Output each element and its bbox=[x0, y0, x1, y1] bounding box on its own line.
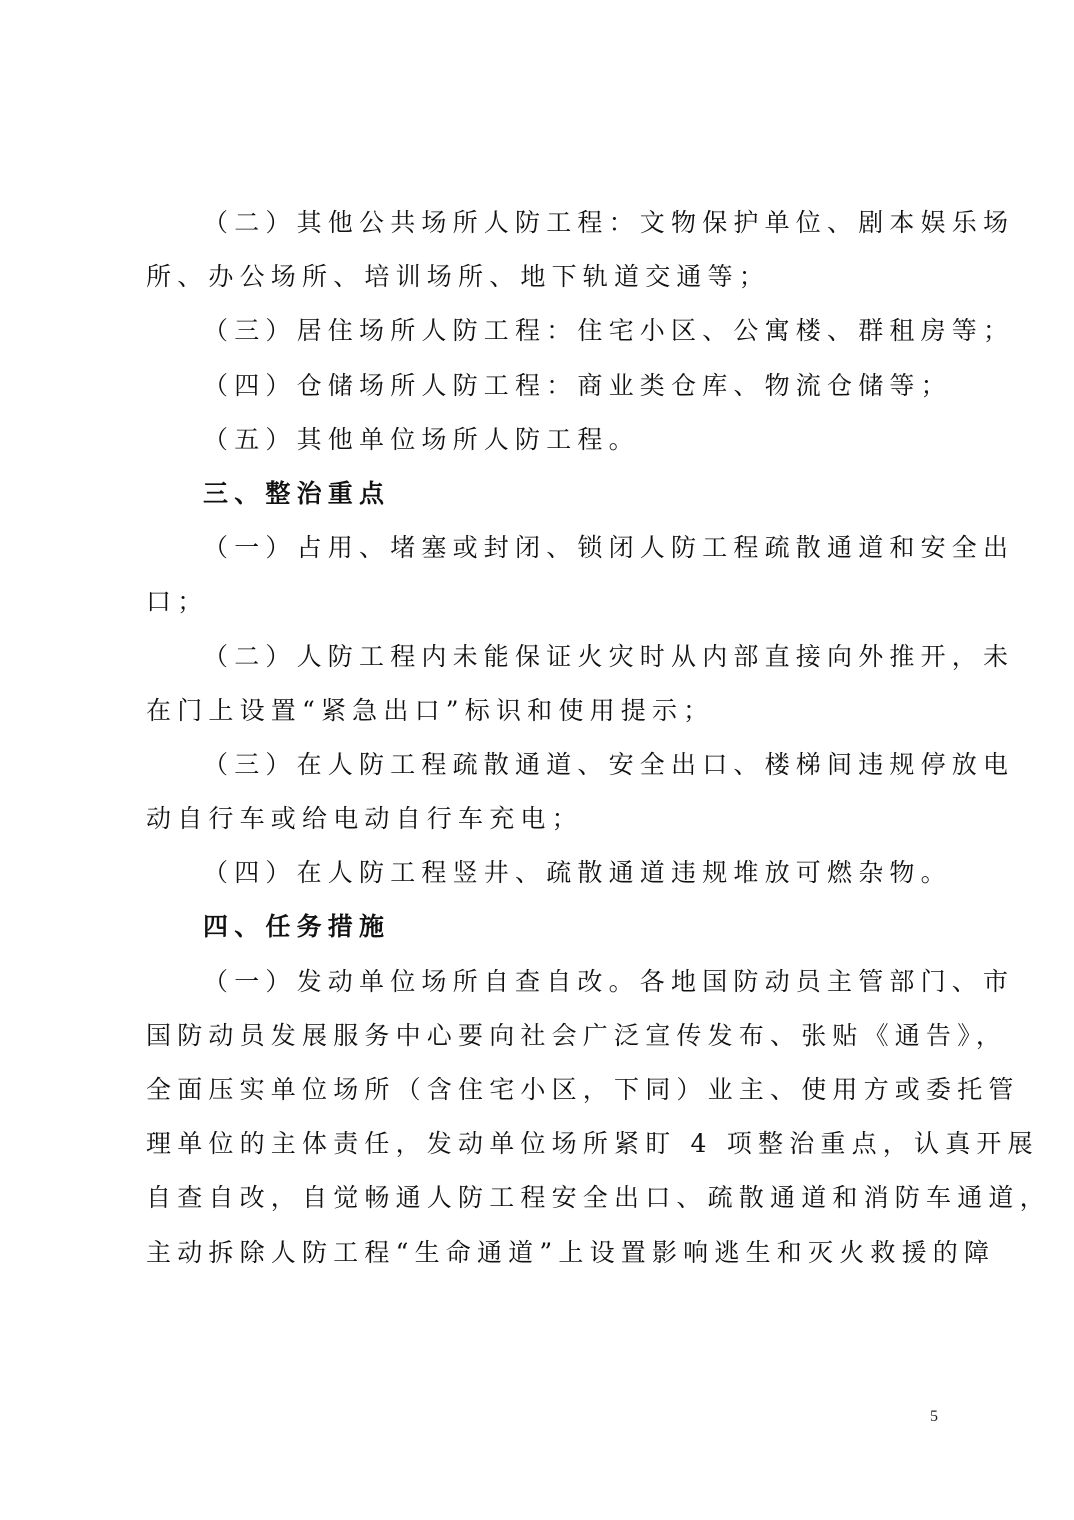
text-line: （一）发动单位场所自查自改。各地国防动员主管部门、市 bbox=[146, 955, 942, 1009]
page-number: 5 bbox=[930, 1408, 938, 1426]
text-line: 口； bbox=[146, 575, 942, 629]
text-line: 主动拆除人防工程“生命通道”上设置影响逃生和灭火救援的障 bbox=[146, 1226, 942, 1280]
document-body: （二）其他公共场所人防工程：文物保护单位、剧本娱乐场所、办公场所、培训场所、地下… bbox=[146, 196, 942, 1280]
section-heading: 四、任务措施 bbox=[146, 900, 942, 954]
text-line: （二）其他公共场所人防工程：文物保护单位、剧本娱乐场 bbox=[146, 196, 942, 250]
text-line: 国防动员发展服务中心要向社会广泛宣传发布、张贴《通告》， bbox=[146, 1009, 942, 1063]
text-line: （四）在人防工程竖井、疏散通道违规堆放可燃杂物。 bbox=[146, 846, 942, 900]
text-line: 理单位的主体责任，发动单位场所紧盯 4 项整治重点，认真开展 bbox=[146, 1117, 942, 1171]
text-line: （三）居住场所人防工程：住宅小区、公寓楼、群租房等； bbox=[146, 304, 942, 358]
text-line: 在门上设置“紧急出口”标识和使用提示； bbox=[146, 684, 942, 738]
text-line: （三）在人防工程疏散通道、安全出口、楼梯间违规停放电 bbox=[146, 738, 942, 792]
text-line: 自查自改，自觉畅通人防工程安全出口、疏散通道和消防车通道， bbox=[146, 1171, 942, 1225]
text-line: 全面压实单位场所（含住宅小区，下同）业主、使用方或委托管 bbox=[146, 1063, 942, 1117]
text-line: （五）其他单位场所人防工程。 bbox=[146, 413, 942, 467]
section-heading: 三、整治重点 bbox=[146, 467, 942, 521]
text-line: （一）占用、堵塞或封闭、锁闭人防工程疏散通道和安全出 bbox=[146, 521, 942, 575]
text-line: 所、办公场所、培训场所、地下轨道交通等； bbox=[146, 250, 942, 304]
text-line: （四）仓储场所人防工程：商业类仓库、物流仓储等； bbox=[146, 359, 942, 413]
document-page: （二）其他公共场所人防工程：文物保护单位、剧本娱乐场所、办公场所、培训场所、地下… bbox=[0, 0, 1074, 1520]
text-line: （二）人防工程内未能保证火灾时从内部直接向外推开，未 bbox=[146, 630, 942, 684]
text-line: 动自行车或给电动自行车充电； bbox=[146, 792, 942, 846]
